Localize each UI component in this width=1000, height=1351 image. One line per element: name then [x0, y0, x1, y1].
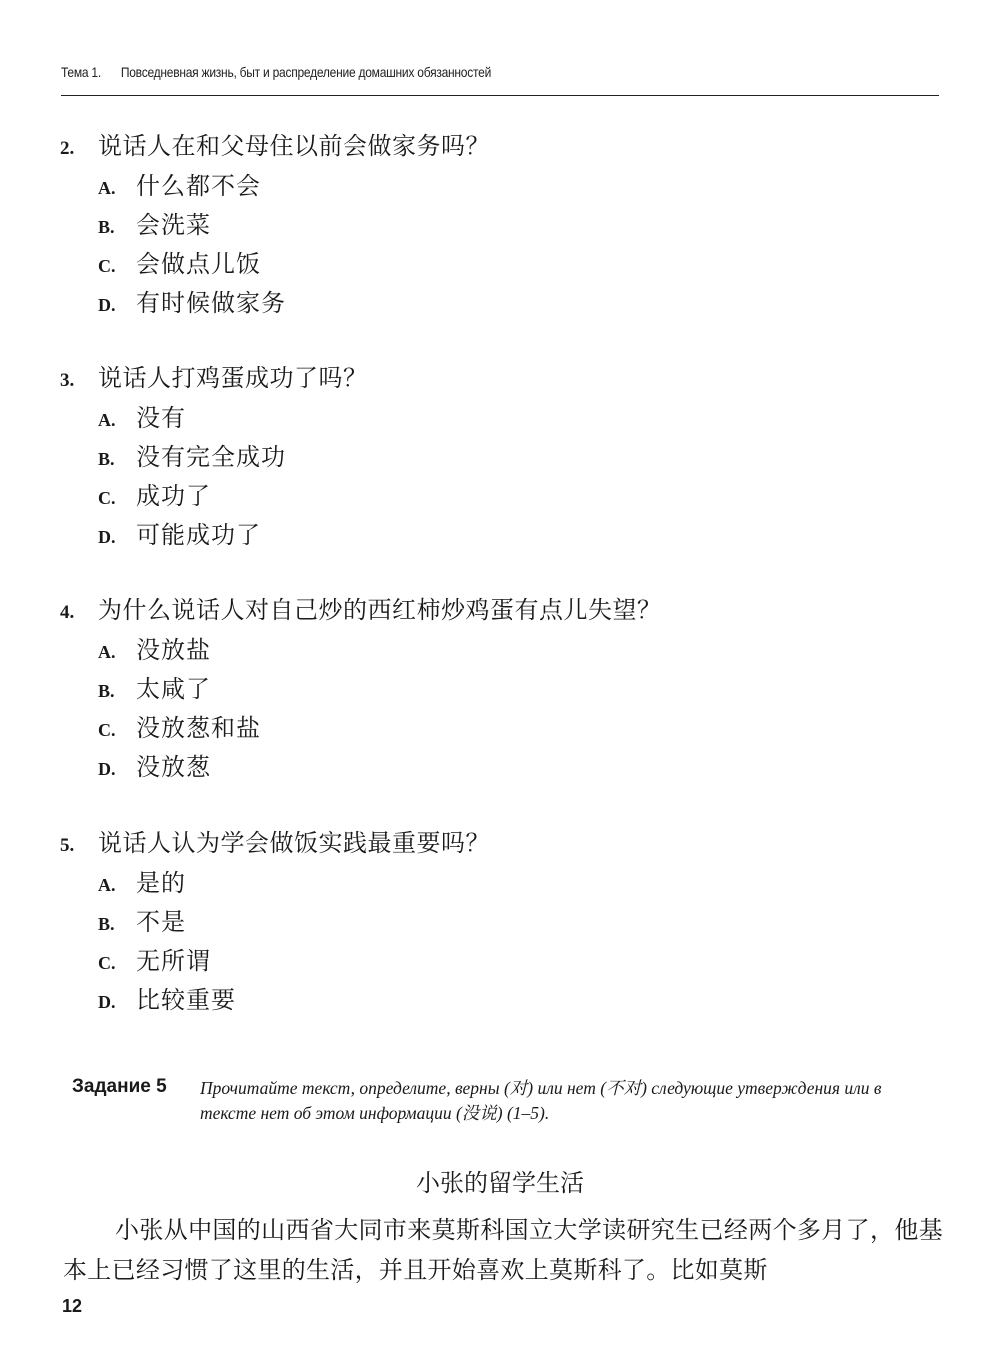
- question-number: 4.: [60, 602, 98, 624]
- option-b: B.太咸了: [60, 669, 662, 708]
- option-letter: D.: [98, 759, 136, 780]
- option-text: 可能成功了: [136, 515, 261, 550]
- option-letter: B.: [98, 217, 136, 238]
- option-c: C.没放葱和盐: [60, 708, 662, 747]
- option-b: B.不是: [60, 902, 490, 941]
- option-letter: C.: [98, 953, 136, 974]
- running-head: Тема 1. Повседневная жизнь, быт и распре…: [61, 64, 491, 80]
- task-5: Задание 5 Прочитайте текст, определите, …: [72, 1076, 942, 1126]
- option-text: 有时候做家务: [136, 283, 286, 318]
- option-c: C.成功了: [60, 476, 368, 515]
- option-text: 不是: [136, 902, 186, 937]
- option-letter: C.: [98, 720, 136, 741]
- reading-title: 小张的留学生活: [0, 1163, 1000, 1198]
- option-text: 是的: [136, 863, 186, 898]
- option-letter: C.: [98, 488, 136, 509]
- option-letter: A.: [98, 410, 136, 431]
- option-letter: D.: [98, 527, 136, 548]
- question-text: 说话人在和父母住以前会做家务吗？: [98, 126, 490, 161]
- option-letter: B.: [98, 449, 136, 470]
- task-instruction: Прочитайте текст, определите, верны (对) …: [200, 1076, 940, 1126]
- option-text: 会做点儿饭: [136, 244, 261, 279]
- question-4: 4. 为什么说话人对自己炒的西红柿炒鸡蛋有点儿失望？ A.没放盐 B.太咸了 C…: [60, 590, 662, 786]
- question-number: 2.: [60, 138, 98, 160]
- option-text: 没放盐: [136, 630, 211, 665]
- header-divider: [61, 95, 939, 96]
- option-a: A.没放盐: [60, 630, 662, 669]
- option-a: A.什么都不会: [60, 166, 490, 205]
- option-text: 成功了: [136, 476, 211, 511]
- option-a: A.是的: [60, 863, 490, 902]
- question-2: 2. 说话人在和父母住以前会做家务吗？ A.什么都不会 B.会洗菜 C.会做点儿…: [60, 126, 490, 322]
- option-letter: D.: [98, 992, 136, 1013]
- question-3: 3. 说话人打鸡蛋成功了吗？ A.没有 B.没有完全成功 C.成功了 D.可能成…: [60, 358, 368, 554]
- question-5: 5. 说话人认为学会做饭实践最重要吗？ A.是的 B.不是 C.无所谓 D.比较…: [60, 823, 490, 1019]
- option-text: 没有完全成功: [136, 437, 286, 472]
- option-text: 无所谓: [136, 941, 211, 976]
- option-b: B.没有完全成功: [60, 437, 368, 476]
- question-text: 说话人打鸡蛋成功了吗？: [98, 358, 368, 393]
- option-a: A.没有: [60, 398, 368, 437]
- option-d: D.可能成功了: [60, 515, 368, 554]
- option-c: C.无所谓: [60, 941, 490, 980]
- option-letter: A.: [98, 178, 136, 199]
- question-text: 为什么说话人对自己炒的西红柿炒鸡蛋有点儿失望？: [98, 590, 662, 625]
- reading-body: 小张从中国的山西省大同市来莫斯科国立大学读研究生已经两个多月了，他基本上已经习惯…: [63, 1210, 943, 1290]
- option-d: D.没放葱: [60, 747, 662, 786]
- question-text: 说话人认为学会做饭实践最重要吗？: [98, 823, 490, 858]
- option-text: 没有: [136, 398, 186, 433]
- option-b: B.会洗菜: [60, 205, 490, 244]
- question-number: 3.: [60, 370, 98, 392]
- option-text: 什么都不会: [136, 166, 261, 201]
- page-number: 12: [62, 1296, 82, 1317]
- question-number: 5.: [60, 835, 98, 857]
- option-text: 比较重要: [136, 980, 236, 1015]
- option-letter: B.: [98, 914, 136, 935]
- option-text: 太咸了: [136, 669, 211, 704]
- option-text: 没放葱: [136, 747, 211, 782]
- option-d: D.比较重要: [60, 980, 490, 1019]
- option-letter: B.: [98, 681, 136, 702]
- option-letter: C.: [98, 256, 136, 277]
- option-letter: A.: [98, 875, 136, 896]
- option-letter: A.: [98, 642, 136, 663]
- option-text: 会洗菜: [136, 205, 211, 240]
- option-text: 没放葱和盐: [136, 708, 261, 743]
- option-c: C.会做点儿饭: [60, 244, 490, 283]
- option-letter: D.: [98, 295, 136, 316]
- topic-number: Тема 1.: [61, 64, 118, 80]
- option-d: D.有时候做家务: [60, 283, 490, 322]
- topic-title: Повседневная жизнь, быт и распределение …: [121, 64, 491, 80]
- task-label: Задание 5: [72, 1076, 200, 1098]
